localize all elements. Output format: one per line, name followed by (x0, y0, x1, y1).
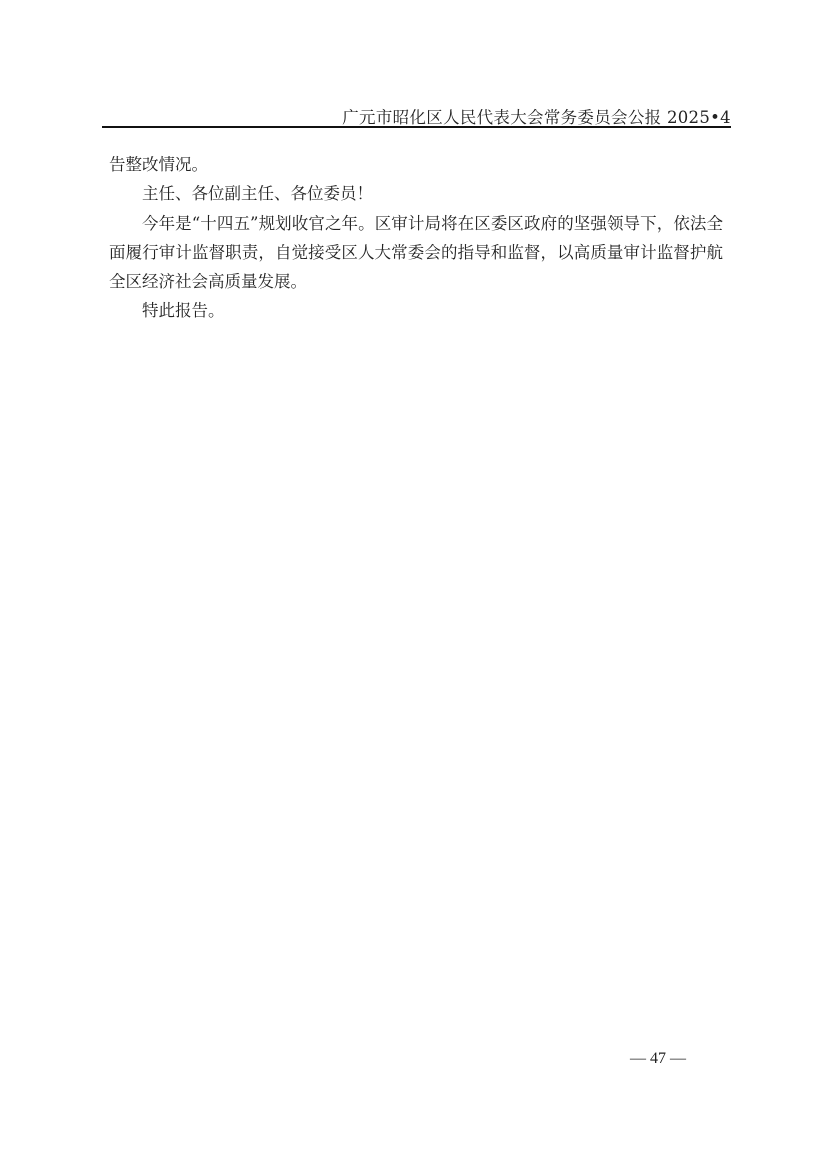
paragraph-salutation: 主任、各位副主任、各位委员！ (109, 179, 723, 208)
paragraph-closing: 特此报告。 (109, 296, 723, 325)
paragraph-continuation: 告整改情况。 (109, 150, 723, 179)
publication-title: 广元市昭化区人民代表大会常务委员会公报 2025•4 (342, 104, 731, 128)
header-divider (102, 126, 731, 128)
page-header: 广元市昭化区人民代表大会常务委员会公报 2025•4 (102, 100, 731, 128)
document-body: 告整改情况。 主任、各位副主任、各位委员！ 今年是“十四五”规划收官之年。区审计… (109, 150, 723, 326)
paragraph-main: 今年是“十四五”规划收官之年。区审计局将在区委区政府的坚强领导下，依法全面履行审… (109, 209, 723, 297)
page-number: — 47 — (630, 1050, 720, 1068)
